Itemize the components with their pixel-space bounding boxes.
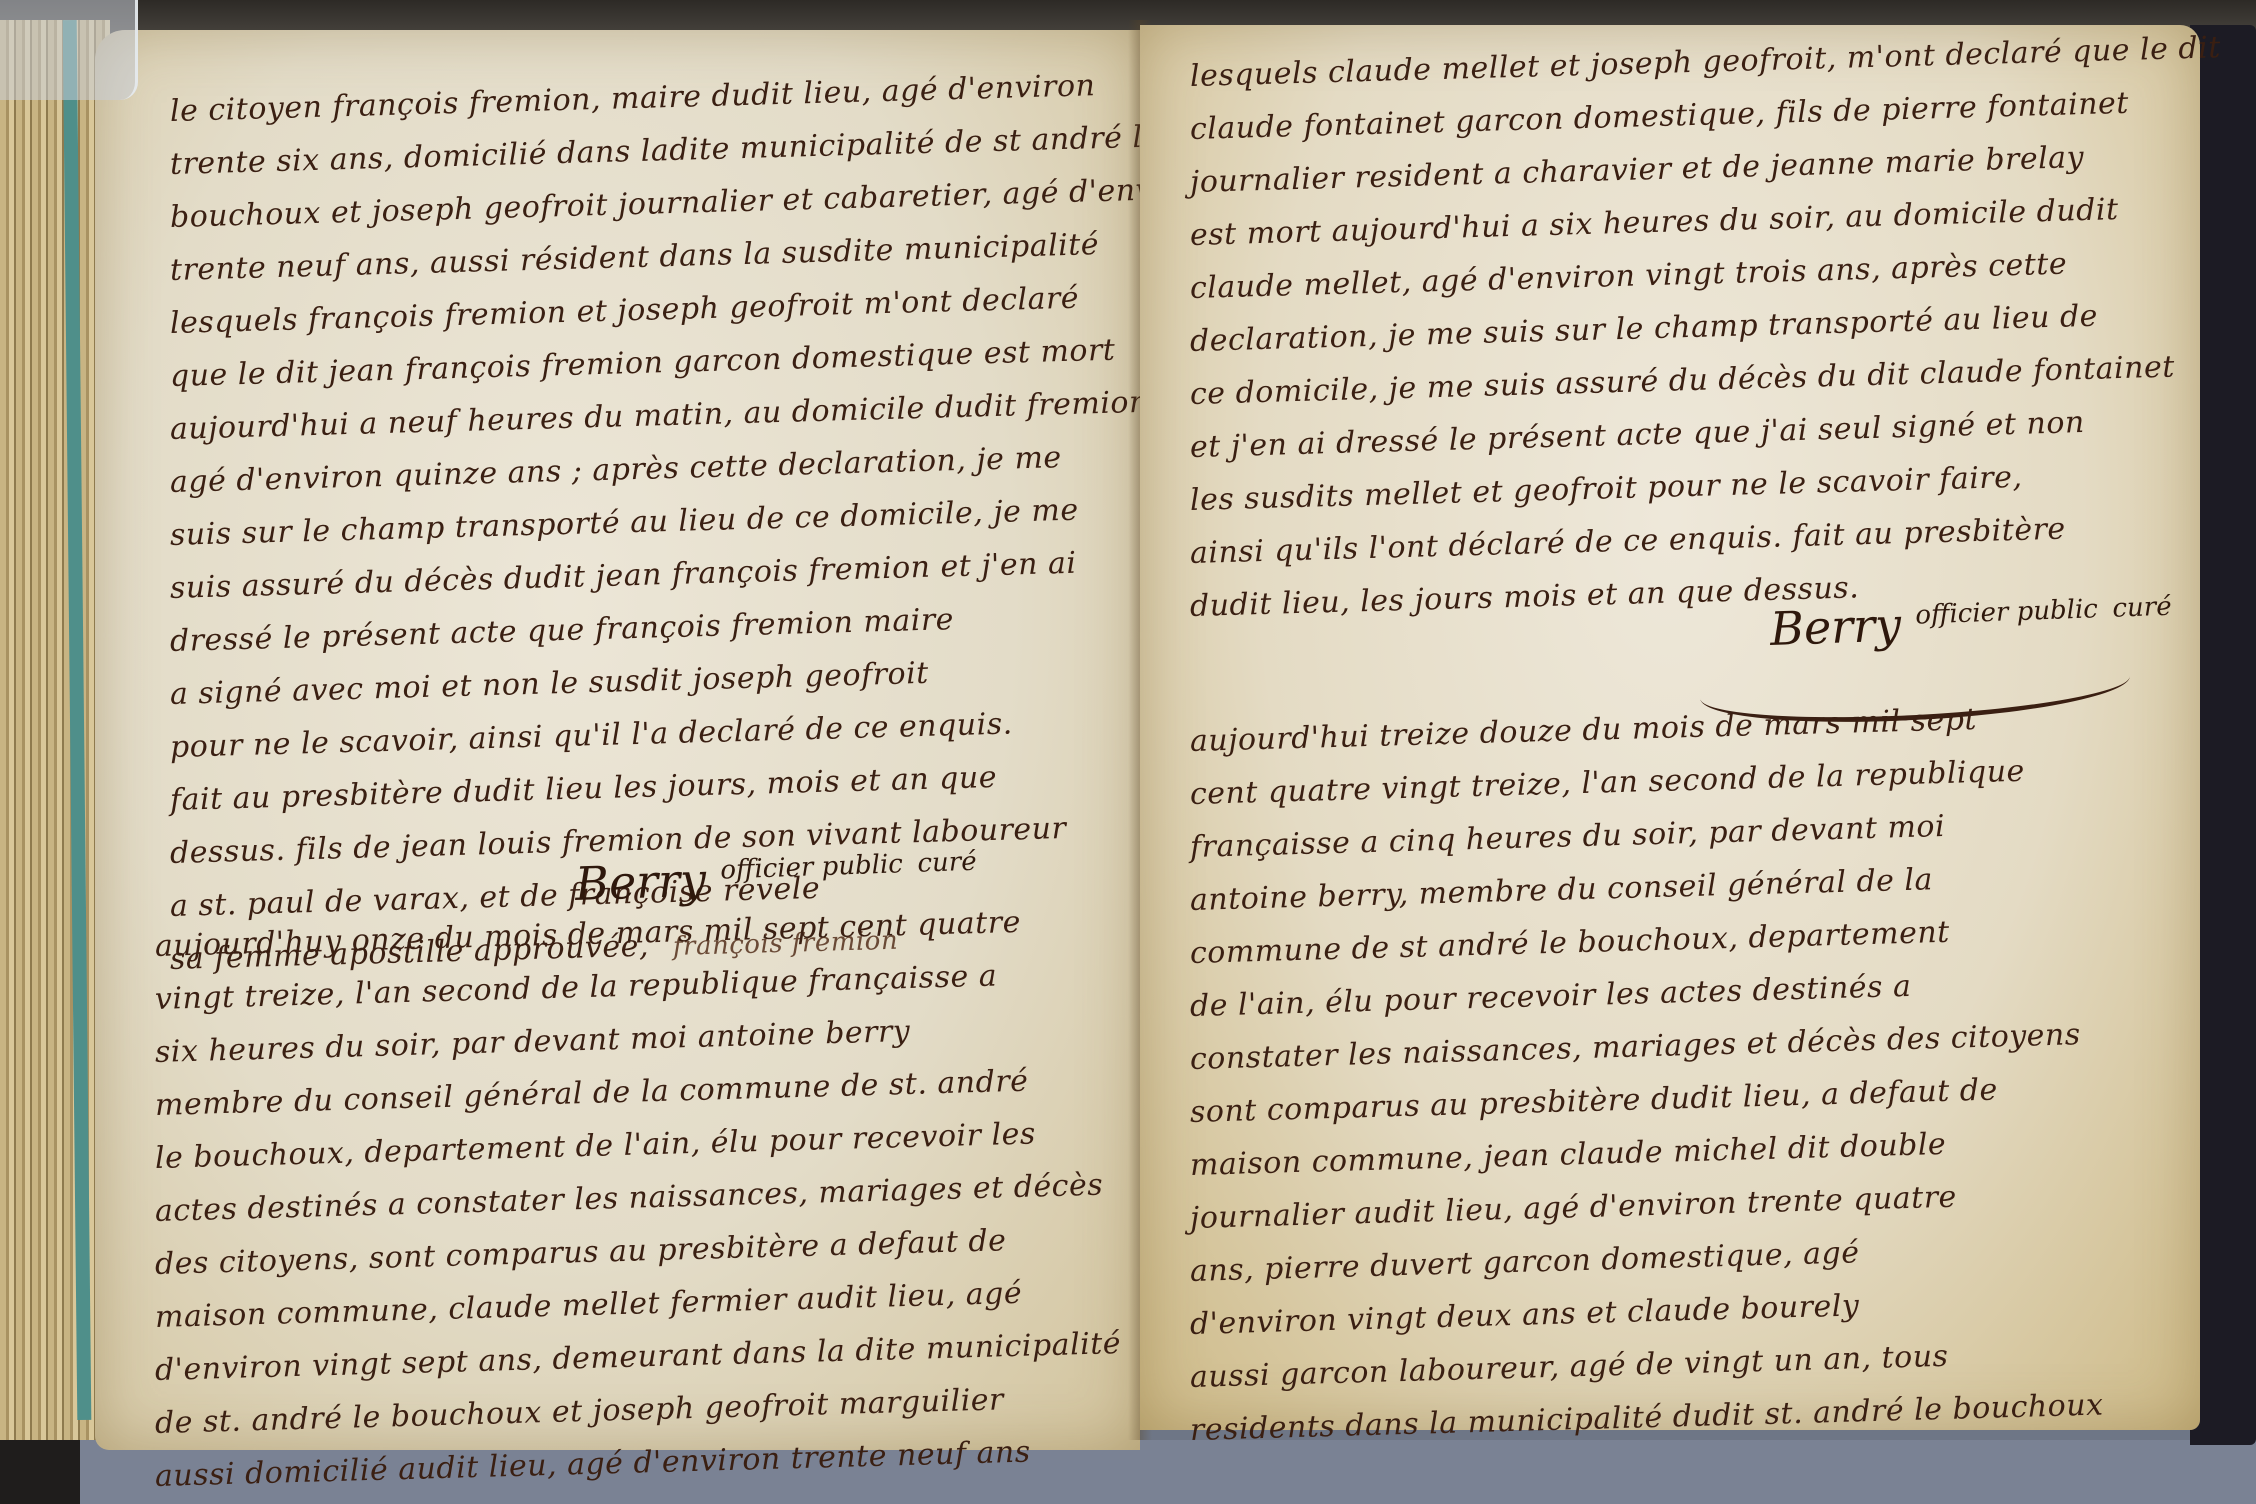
right-page: lesquels claude mellet et joseph geofroi… <box>1140 25 2200 1430</box>
officer-signature: Berry <box>574 852 707 911</box>
officer-note: curé <box>2112 592 2172 624</box>
page-edges-left <box>0 20 110 1440</box>
left-entry-new: aujourd'huy onze du mois de mars mil sep… <box>155 920 1135 1503</box>
officer-title: officier public <box>1915 594 2099 630</box>
officer-note: curé <box>917 847 977 879</box>
right-entry-continued: lesquels claude mellet et joseph geofroi… <box>1190 50 2190 633</box>
left-entry-continued: le citoyen françois fremion, maire dudit… <box>170 85 1130 986</box>
left-page: le citoyen françois fremion, maire dudit… <box>95 30 1140 1450</box>
officer-signature: Berry <box>1769 597 1902 656</box>
clear-page-clip <box>0 0 138 100</box>
officer-title: officier public <box>720 849 904 885</box>
right-entry-new: aujourd'hui treize douze du mois de mars… <box>1190 715 2190 1457</box>
